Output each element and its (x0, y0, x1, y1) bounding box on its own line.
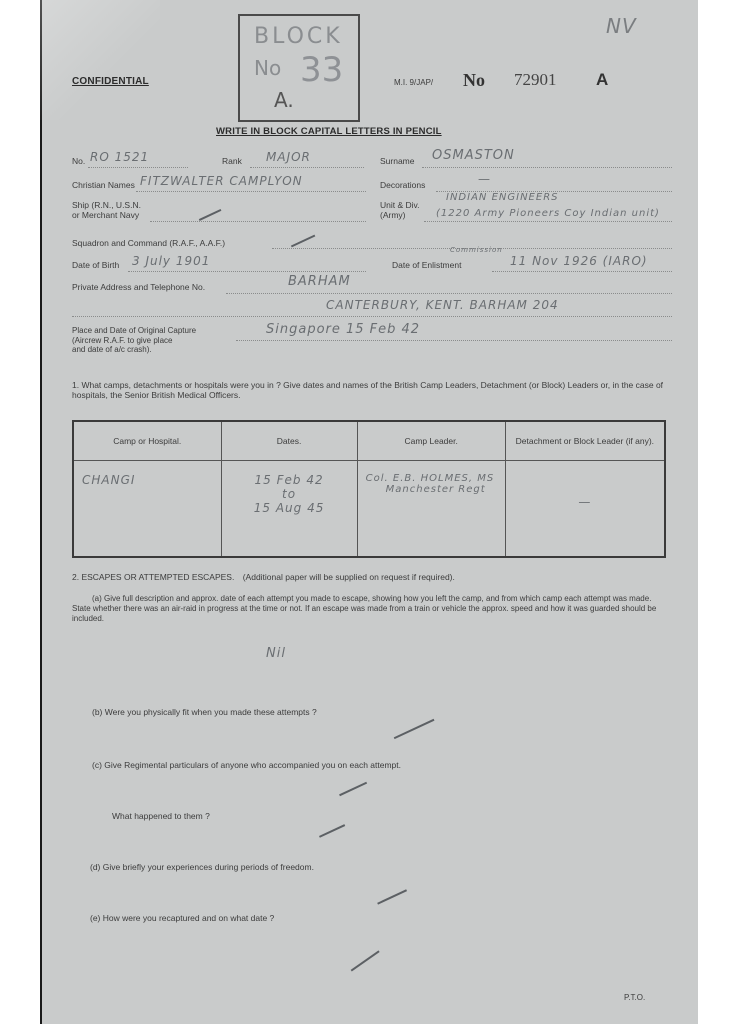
answer-2b-nil-mark (394, 719, 435, 739)
block-leader-value: — (578, 495, 591, 509)
christian-names-value: FITZWALTER CAMPLYON (140, 174, 303, 188)
cell-camp: CHANGI (73, 461, 221, 558)
stamp-no-label: No (254, 56, 281, 80)
unit-value-line2: (1220 Army Pioneers Coy Indian unit) (436, 208, 660, 219)
header-camp: Camp or Hospital. (73, 421, 221, 461)
please-turn-over: P.T.O. (624, 993, 645, 1002)
cell-block-leader: — (505, 461, 665, 558)
camp-name: CHANGI (82, 473, 135, 487)
question-2d: (d) Give briefly your experiences during… (90, 862, 314, 872)
address-value-line2: CANTERBURY, KENT. BARHAM 204 (326, 298, 559, 312)
camp-leader-regiment: Manchester Regt (366, 484, 497, 495)
number-label: No (463, 70, 485, 91)
rank-label: Rank (222, 156, 242, 166)
enlistment-value: 11 Nov 1926 (IARO) (510, 254, 648, 268)
header-dates: Dates. (221, 421, 357, 461)
decorations-label: Decorations (380, 180, 425, 190)
address-value-line1: BARHAM (288, 274, 351, 289)
cell-camp-leader: Col. E.B. HOLMES, MS Manchester Regt (357, 461, 505, 558)
cell-dates: 15 Feb 42 to 15 Aug 45 (221, 461, 357, 558)
unit-label-line1: Unit & Div. (380, 200, 420, 210)
serial-number: 72901 (514, 70, 557, 90)
section2-title: 2. ESCAPES OR ATTEMPTED ESCAPES. (Additi… (72, 572, 455, 582)
answer-2d-nil-mark (377, 889, 407, 904)
unit-label-line2: (Army) (380, 210, 420, 220)
dates-to-word: to (230, 487, 349, 501)
capture-label: Place and Date of Original Capture (Airc… (72, 326, 196, 355)
dob-value: 3 July 1901 (132, 254, 210, 268)
header-block-leader: Detachment or Block Leader (if any). (505, 421, 665, 461)
address-label: Private Address and Telephone No. (72, 282, 205, 292)
header-camp-leader: Camp Leader. (357, 421, 505, 461)
classification-label: CONFIDENTIAL (72, 76, 149, 87)
dates-from: 15 Feb 42 (230, 473, 349, 487)
ship-label: Ship (R.N., U.S.N. or Merchant Navy (72, 200, 141, 220)
question-2e: (e) How were you recaptured and on what … (90, 913, 274, 923)
answer-2c-followup-nil-mark (319, 824, 345, 837)
squadron-nil-mark (291, 235, 315, 247)
capture-value: Singapore 15 Feb 42 (266, 322, 420, 337)
enlistment-label: Date of Enlistment (392, 260, 461, 270)
camp-leader-name: Col. E.B. HOLMES, MS (366, 473, 497, 484)
dates-until: 15 Aug 45 (230, 501, 349, 515)
decorations-value: — (478, 172, 491, 186)
block-stamp: BLOCK No 33 A. (238, 14, 360, 122)
no-value: RO 1521 (90, 150, 149, 164)
corner-initials: NV (606, 14, 637, 38)
stamp-block-text: BLOCK (254, 24, 343, 49)
serial-suffix: A (596, 70, 608, 90)
capture-label-line3: and date of a/c crash). (72, 345, 196, 355)
document-page: CONFIDENTIAL BLOCK No 33 A. M.I. 9/JAP/ … (40, 0, 698, 1024)
squadron-label: Squadron and Command (R.A.F., A.A.F.) (72, 238, 225, 248)
answer-2e-nil-mark (351, 950, 380, 971)
christian-names-label: Christian Names (72, 180, 135, 190)
capture-label-line1: Place and Date of Original Capture (72, 326, 196, 336)
question-2b: (b) Were you physically fit when you mad… (92, 707, 317, 717)
section2-title-text: 2. ESCAPES OR ATTEMPTED ESCAPES. (72, 572, 234, 582)
surname-value: OSMASTON (432, 148, 515, 163)
section1-question: 1. What camps, detachments or hospitals … (72, 380, 672, 400)
answer-2a: Nil (266, 646, 286, 661)
capture-label-line2: (Aircrew R.A.F. to give place (72, 336, 196, 346)
section2-note: (Additional paper will be supplied on re… (243, 572, 455, 582)
enlistment-correction: Commission (450, 246, 503, 254)
unit-label: Unit & Div. (Army) (380, 200, 420, 220)
instruction-heading: WRITE IN BLOCK CAPITAL LETTERS IN PENCIL (216, 126, 442, 137)
answer-2c-nil-mark (339, 782, 367, 796)
surname-label: Surname (380, 156, 415, 166)
camps-table: Camp or Hospital. Dates. Camp Leader. De… (72, 420, 666, 558)
ship-nil-mark (199, 209, 221, 221)
stamp-number: 33 (300, 50, 343, 90)
ship-label-line1: Ship (R.N., U.S.N. (72, 200, 141, 210)
question-2c: (c) Give Regimental particulars of anyon… (92, 760, 401, 770)
table-row: CHANGI 15 Feb 42 to 15 Aug 45 Col. E.B. … (73, 461, 665, 558)
no-label: No. (72, 156, 85, 166)
question-2a: (a) Give full description and approx. da… (72, 594, 672, 624)
rank-value: MAJOR (266, 150, 311, 164)
stamp-letter: A. (274, 88, 294, 112)
form-reference: M.I. 9/JAP/ (394, 78, 433, 87)
ship-label-line2: or Merchant Navy (72, 210, 141, 220)
question-2c-followup: What happened to them ? (112, 811, 210, 821)
unit-value-line1: INDIAN ENGINEERS (446, 192, 559, 203)
dob-label: Date of Birth (72, 260, 119, 270)
